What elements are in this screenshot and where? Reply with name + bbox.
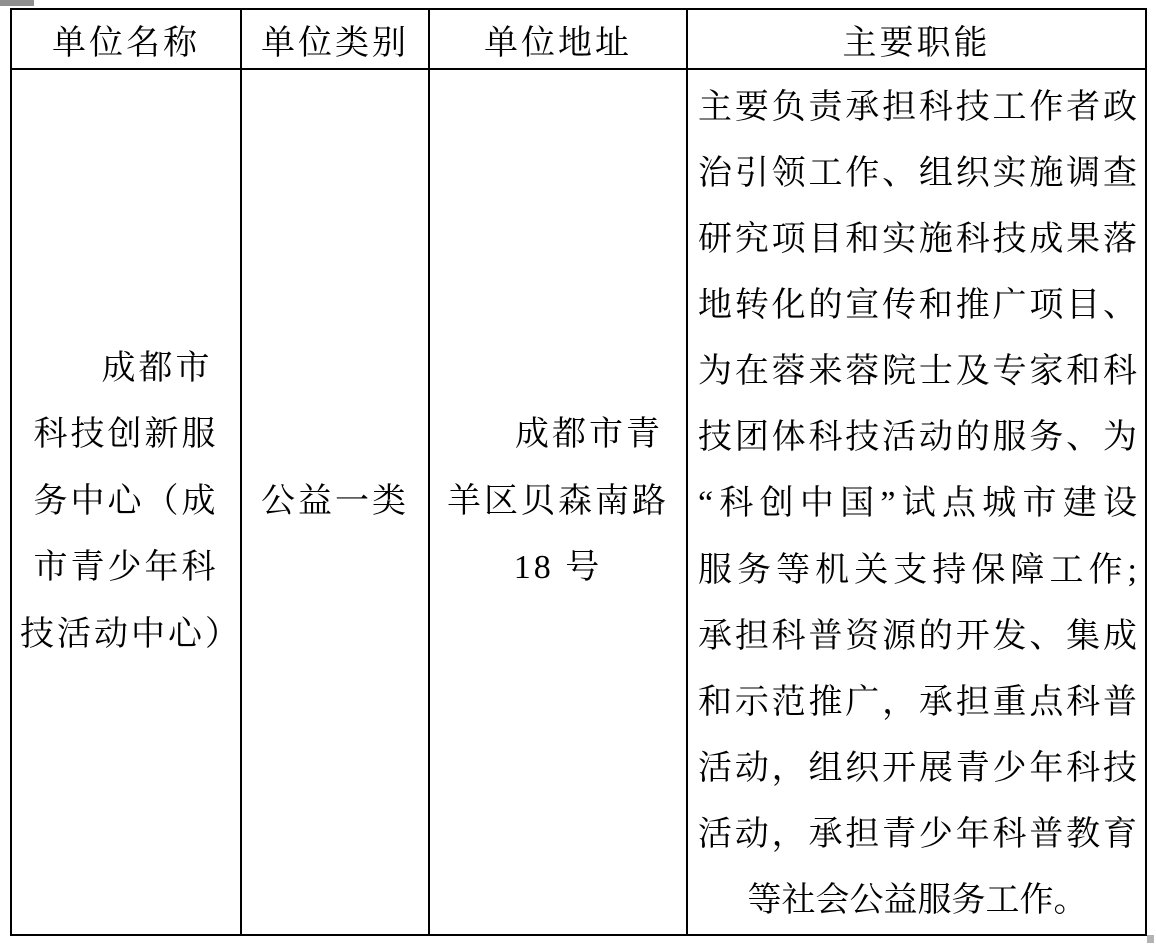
cell-main-functions: 主要负责承担科技工作者政 治引领工作、组织实施调查 研究项目和实施科技成果落 地… [688, 70, 1145, 934]
main-functions-line: 服务等机关支持保障工作; [698, 538, 1137, 604]
unit-name-line: 科技创新服 [20, 402, 232, 468]
header-unit-name: 单位名称 [12, 10, 242, 70]
header-unit-category-label: 单位类别 [261, 15, 409, 64]
header-unit-address-label: 单位地址 [484, 15, 632, 64]
unit-info-table: 单位名称 单位类别 单位地址 主要职能 成都市 科技创新服 务中心（成都 市青少… [10, 8, 1147, 936]
unit-address-line: 18 号 [438, 535, 678, 601]
main-functions-line: 为在蓉来蓉院士及专家和科 [698, 339, 1137, 405]
cell-unit-name: 成都市 科技创新服 务中心（成都 市青少年科 技活动中心） [12, 70, 242, 934]
main-functions-line: 技团体科技活动的服务、为 [698, 405, 1137, 471]
header-main-functions: 主要职能 [688, 10, 1145, 70]
header-unit-category: 单位类别 [242, 10, 430, 70]
cell-unit-category: 公益一类 [242, 70, 430, 934]
header-unit-name-label: 单位名称 [52, 15, 200, 64]
main-functions-line: 承担科普资源的开发、集成 [698, 604, 1137, 670]
header-unit-address: 单位地址 [430, 10, 688, 70]
unit-name-line: 技活动中心） [20, 602, 232, 668]
screenshot-artifact-bottom-right [1147, 935, 1154, 943]
unit-name-line: 成都市 [20, 336, 232, 402]
unit-name-line: 务中心（成都 [20, 469, 232, 535]
main-functions-line: 地转化的宣传和推广项目、 [698, 273, 1137, 339]
main-functions-line: 主要负责承担科技工作者政 [698, 75, 1137, 141]
main-functions-line: 治引领工作、组织实施调查 [698, 141, 1137, 207]
unit-category-value: 公益一类 [250, 469, 420, 535]
main-functions-line: 研究项目和实施科技成果落 [698, 207, 1137, 273]
header-main-functions-label: 主要职能 [843, 15, 991, 64]
unit-name-line: 市青少年科 [20, 535, 232, 601]
unit-address-line: 成都市青 [438, 402, 678, 468]
main-functions-line: “科创中国”试点城市建设 [698, 471, 1137, 537]
main-functions-line: 活动，承担青少年科普教育 [698, 802, 1137, 868]
unit-address-line: 羊区贝森南路 [438, 469, 678, 535]
screenshot-artifact-top-left [0, 0, 34, 6]
cell-unit-address: 成都市青 羊区贝森南路 18 号 [430, 70, 688, 934]
main-functions-line: 和示范推广，承担重点科普 [698, 670, 1137, 736]
main-functions-line: 活动，组织开展青少年科技 [698, 736, 1137, 802]
main-functions-line: 等社会公益服务工作。 [698, 868, 1137, 934]
